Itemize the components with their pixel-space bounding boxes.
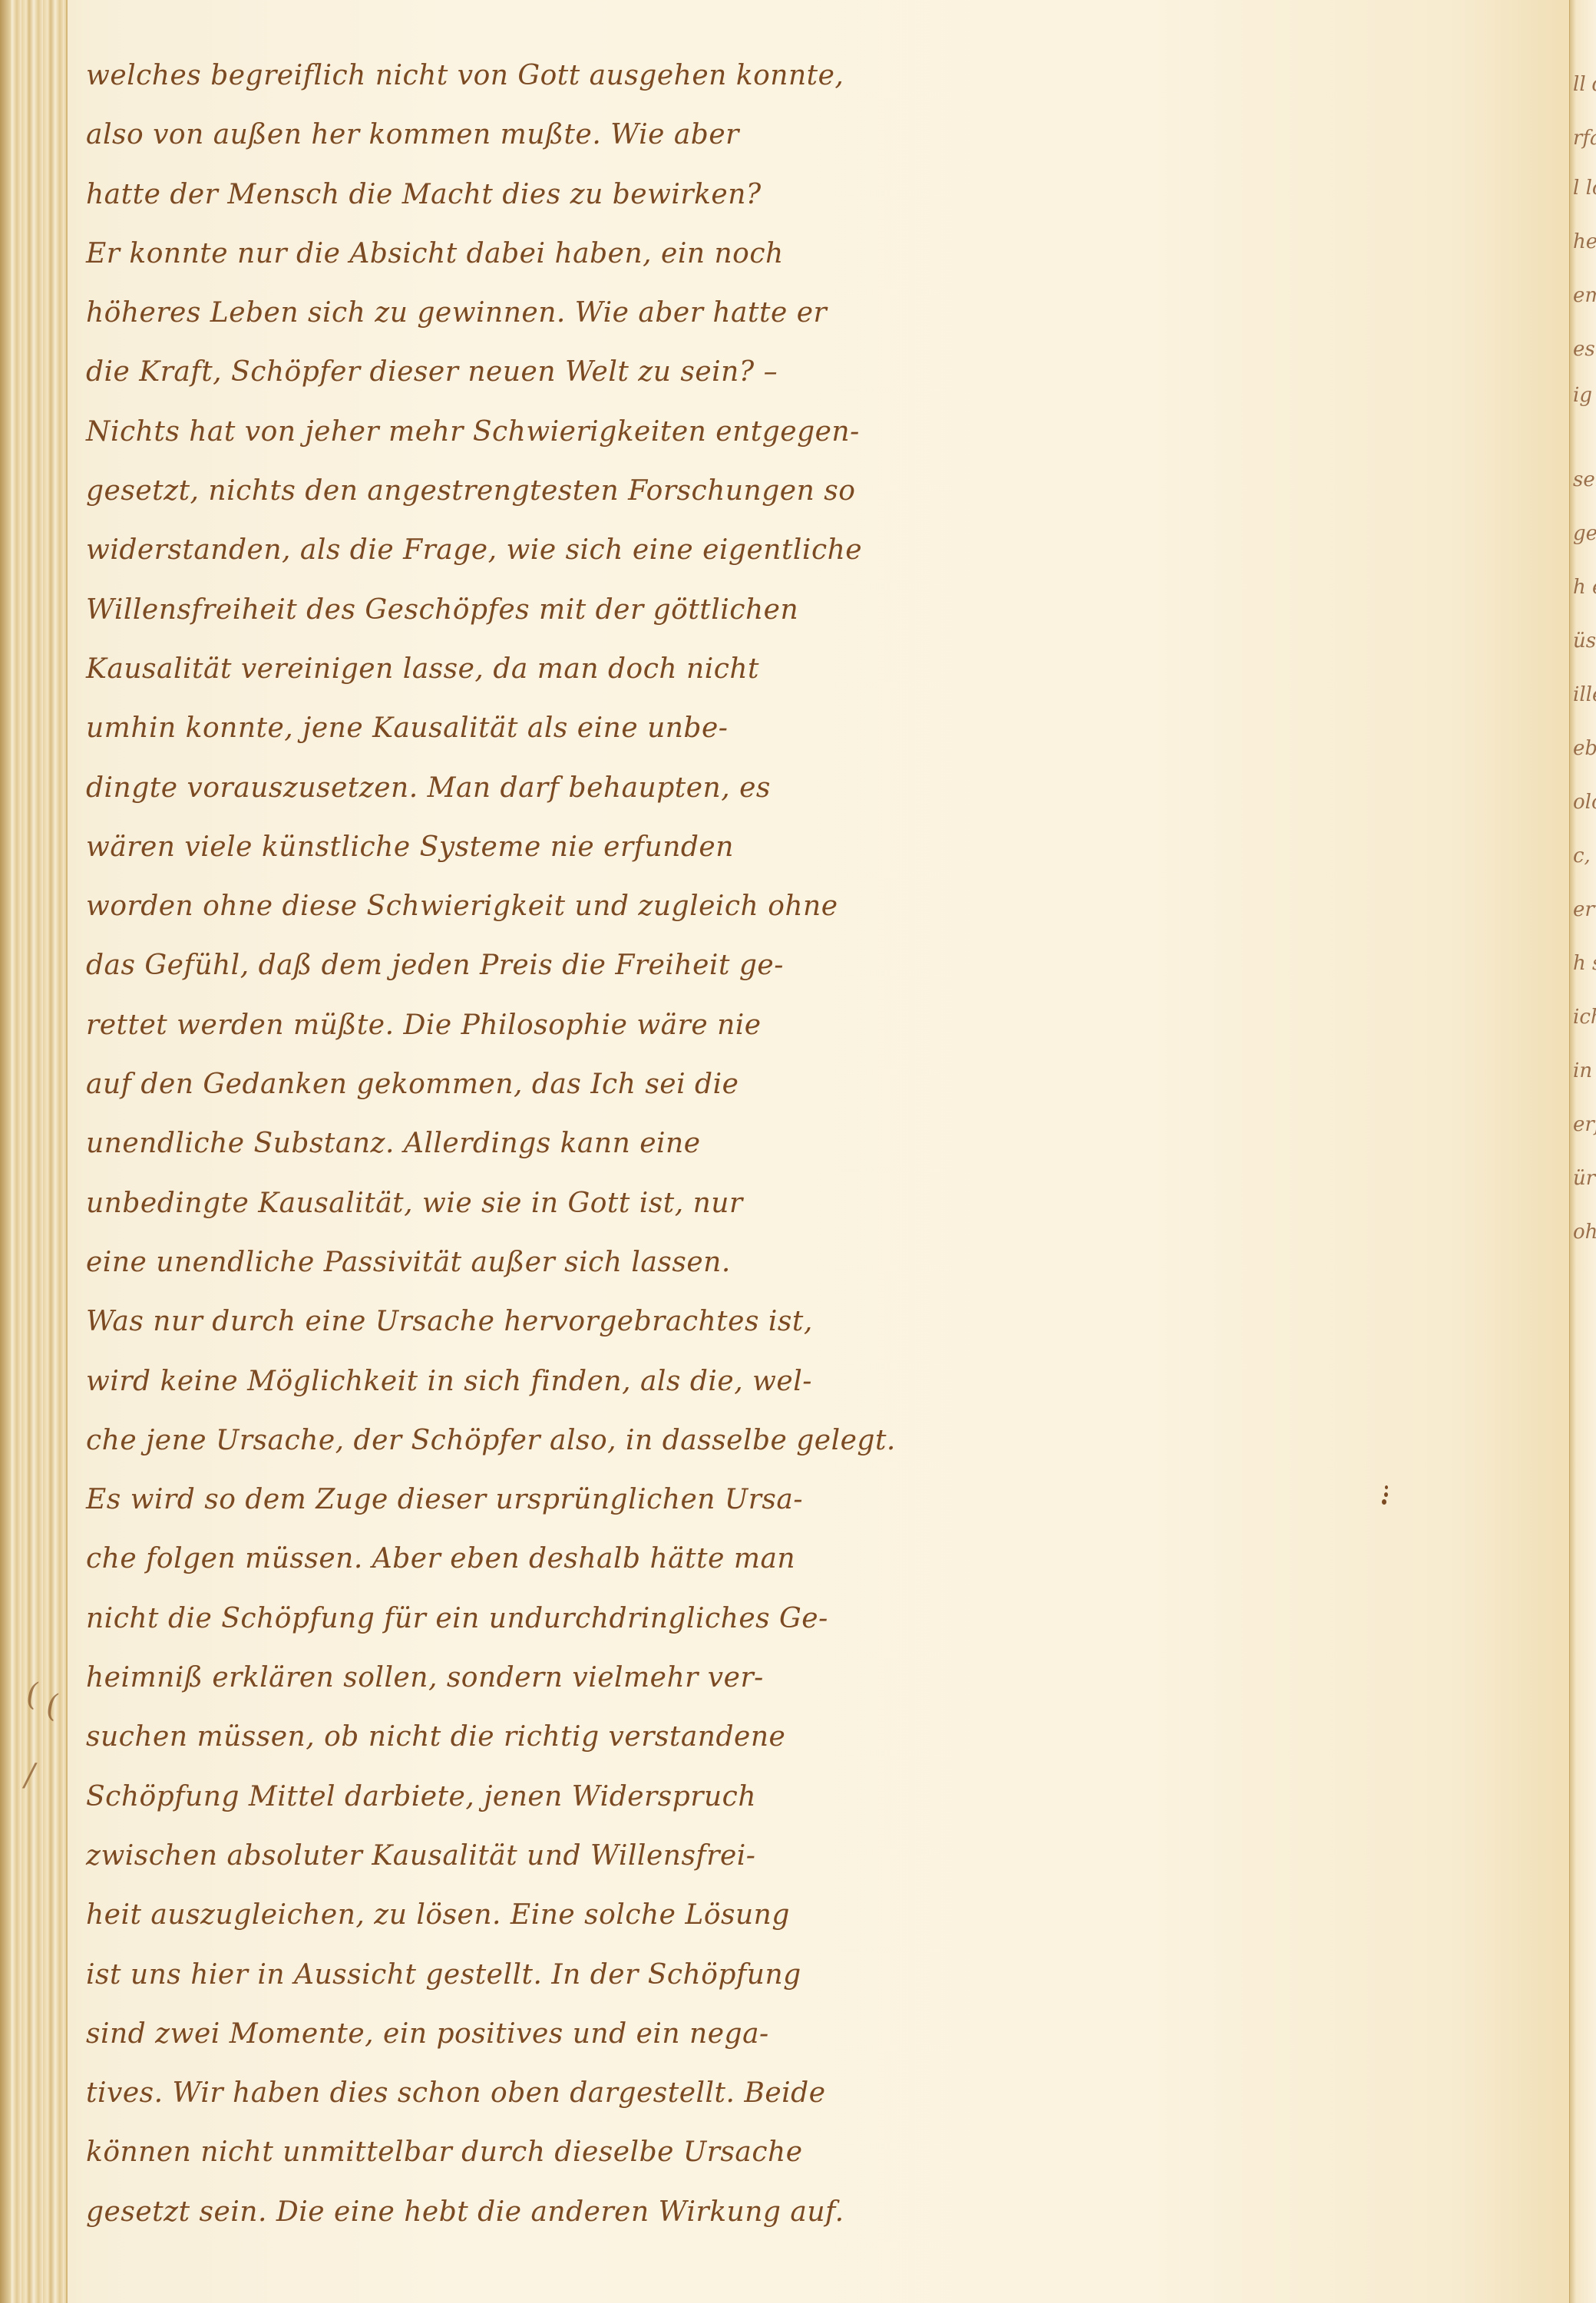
text-line: welches begreiflich nicht von Gott ausge… — [86, 46, 915, 105]
binding-shadow — [0, 0, 11, 2303]
text-line: dingte vorauszusetzen. Man darf behaupte… — [86, 758, 915, 818]
margin-mark: / — [25, 1758, 35, 1793]
text-line: wird keine Möglichkeit in sich finden, a… — [86, 1352, 915, 1411]
text-line: Kausalität vereinigen lasse, da man doch… — [86, 639, 915, 699]
text-line: auf den Gedanken gekommen, das Ich sei d… — [86, 1055, 915, 1114]
text-line: che jene Ursache, der Schöpfer also, in … — [86, 1411, 915, 1470]
text-line: also von außen her kommen mußte. Wie abe… — [86, 105, 915, 164]
text-line: wären viele künstliche Systeme nie erfun… — [86, 818, 915, 877]
text-line: können nicht unmittelbar durch dieselbe … — [86, 2123, 915, 2182]
text-line: widerstanden, als die Frage, wie sich ei… — [86, 520, 915, 580]
text-line: Schöpfung Mittel darbiete, jenen Widersp… — [86, 1767, 915, 1826]
text-line: umhin konnte, jene Kausalität als eine u… — [86, 699, 915, 758]
manuscript-page: ( ( / welches begreiflich nicht von Gott… — [0, 0, 1596, 2303]
text-line: heit auszugleichen, zu lösen. Eine solch… — [86, 1885, 915, 1944]
page-stack-edges — [0, 0, 68, 2303]
text-line: die Kraft, Schöpfer dieser neuen Welt zu… — [86, 342, 915, 401]
text-line: zwischen absoluter Kausalität und Willen… — [86, 1826, 915, 1885]
handwritten-text-block: welches begreiflich nicht von Gott ausge… — [86, 46, 915, 2242]
text-line: worden ohne diese Schwierigkeit und zugl… — [86, 877, 915, 936]
text-line: suchen müssen, ob nicht die richtig vers… — [86, 1707, 915, 1766]
text-line: höheres Leben sich zu gewinnen. Wie aber… — [86, 283, 915, 342]
text-line: Nichts hat von jeher mehr Schwierigkeite… — [86, 402, 915, 461]
text-line: gesetzt, nichts den angestrengtesten For… — [86, 461, 915, 520]
text-line: das Gefühl, daß dem jeden Preis die Frei… — [86, 936, 915, 995]
text-line: Es wird so dem Zuge dieser ursprüngliche… — [86, 1470, 915, 1529]
margin-mark: ( — [46, 1689, 58, 1724]
text-line: sind zwei Momente, ein positives und ein… — [86, 2004, 915, 2063]
text-line: Er konnte nur die Absicht dabei haben, e… — [86, 224, 915, 283]
text-line: nicht die Schöpfung für ein undurchdring… — [86, 1589, 915, 1648]
text-line: tives. Wir haben dies schon oben dargest… — [86, 2063, 915, 2123]
text-line: unbedingte Kausalität, wie sie in Gott i… — [86, 1174, 915, 1233]
text-line: unendliche Substanz. Allerdings kann ein… — [86, 1114, 915, 1173]
text-line: heimniß erklären sollen, sondern vielmeh… — [86, 1648, 915, 1707]
text-line: Willensfreiheit des Geschöpfes mit der g… — [86, 580, 915, 639]
text-line: hatte der Mensch die Macht dies zu bewir… — [86, 165, 915, 224]
text-line: ist uns hier in Aussicht gestellt. In de… — [86, 1945, 915, 2004]
text-line: che folgen müssen. Aber eben deshalb hät… — [86, 1529, 915, 1588]
next-page-edge: ll der rfallt l löse he So em Sch es Ges… — [1569, 0, 1596, 2303]
text-line: Was nur durch eine Ursache hervorgebrach… — [86, 1292, 915, 1351]
text-line: gesetzt sein. Die eine hebt die anderen … — [86, 2182, 915, 2242]
margin-mark: ( — [26, 1677, 38, 1713]
ink-spot — [1382, 1485, 1389, 1507]
text-line: eine unendliche Passivität außer sich la… — [86, 1233, 915, 1292]
text-line: rettet werden müßte. Die Philosophie wär… — [86, 996, 915, 1055]
